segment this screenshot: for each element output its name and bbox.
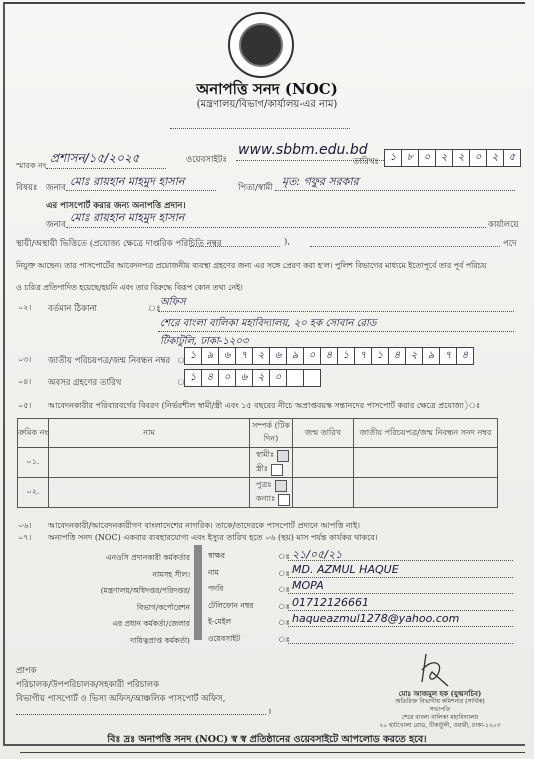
website-top-dots — [170, 128, 350, 129]
officer-field-value: MOPA — [292, 579, 324, 592]
memo-value: প্রশাসন/১৫/২০২৫ — [50, 150, 139, 170]
signature-scribble-icon — [414, 652, 454, 688]
date-boxes: ১৮০২২০২৫ — [384, 149, 520, 167]
nid-digit-box[interactable]: ৭ — [354, 347, 372, 365]
retirement-digit-box[interactable]: ৪ — [201, 369, 219, 387]
nid-digit-box[interactable]: ৪ — [320, 347, 338, 365]
family-label: আবেদনকারীর পরিবারবর্গের বিবরণ (নির্ভরশীল… — [48, 400, 480, 413]
retirement-digit-box[interactable]: ১ — [184, 369, 202, 387]
nid-digit-box[interactable]: ৪ — [388, 347, 406, 365]
nid-digit-box[interactable]: ১ — [337, 347, 355, 365]
date-digit-box[interactable]: ২ — [452, 149, 470, 167]
husband-checkbox[interactable] — [277, 450, 289, 462]
date-digit-box[interactable]: ০ — [418, 149, 436, 167]
officer-field-row: ওয়েবসাইটঃ — [208, 631, 518, 647]
noc-stamp-strip — [194, 545, 202, 640]
nid-label: জাতীয় পরিচয়পত্র/জন্ম নিবন্ধন নম্বর — [48, 354, 170, 368]
clause-07: অনাপত্তি সনদ (NOC) একবার ব্যবহারযোগ্য এব… — [48, 532, 378, 545]
retirement-digit-box[interactable]: ০ — [218, 369, 236, 387]
family-table: ক্রমিক নং নাম সম্পর্ক (টিক দিন) জন্ম তার… — [17, 418, 498, 508]
officer-field-value: haqueazmul1278@yahoo.com — [292, 612, 459, 625]
date-digit-box[interactable]: ১ — [384, 149, 402, 167]
recipient-line3: বিভাগীয় পাসপোর্ট ও ভিসা অফিস/আঞ্চলিক পা… — [16, 692, 225, 706]
address-line1: অফিস — [160, 295, 185, 312]
memo-label: স্মারক নং — [16, 160, 46, 173]
nid-digit-box[interactable]: ০ — [303, 347, 321, 365]
date-digit-box[interactable]: ০ — [469, 149, 487, 167]
nid-digit-box[interactable]: ৭ — [439, 347, 457, 365]
son-checkbox[interactable] — [275, 480, 287, 492]
retirement-digit-box[interactable]: ৬ — [235, 369, 253, 387]
wife-checkbox[interactable] — [271, 464, 283, 476]
table-row: ০১. স্বামীঃ স্ত্রীঃ — [18, 448, 498, 478]
recipient-title: প্রাপক — [16, 664, 37, 678]
daughter-checkbox[interactable] — [278, 494, 290, 506]
officer-field-value: 01712126661 — [292, 596, 369, 609]
nid-digit-box[interactable]: ৯ — [422, 347, 440, 365]
retirement-digit-box[interactable] — [303, 369, 321, 387]
nid-digit-box[interactable]: ১ — [371, 347, 389, 365]
nid-digit-box[interactable]: ২ — [252, 347, 270, 365]
retirement-digit-box[interactable] — [286, 369, 304, 387]
date-digit-box[interactable]: ৮ — [401, 149, 419, 167]
address-label: বর্তমান ঠিকানা — [48, 302, 97, 316]
recipient-line2: পরিচালক/উপপরিচালক/সহকারী পরিচালক — [16, 678, 159, 692]
retirement-digit-box[interactable]: ০ — [269, 369, 287, 387]
retirement-boxes: ১৪০৬২০ — [184, 369, 320, 387]
officer-description: এনওসি প্রদানকারী কর্মকর্তারনামসহ সীল।(মন… — [100, 550, 190, 649]
nid-digit-box[interactable]: ৯ — [201, 347, 219, 365]
document-subtitle: (মন্ত্রণালয়/বিভাগ/কার্যালয়-এর নাম) — [0, 97, 534, 114]
website-value: www.sbbm.edu.bd — [238, 142, 368, 158]
retirement-digit-box[interactable]: ২ — [252, 369, 270, 387]
noc-document: অনাপত্তি সনদ (NOC) (মন্ত্রণালয়/বিভাগ/কা… — [0, 0, 534, 759]
date-digit-box[interactable]: ৫ — [503, 149, 521, 167]
footer-note: বিঃ দ্রঃ অনাপত্তি সনদ (NOC) স্ব স্ব প্রত… — [0, 733, 534, 748]
signature-stamp: মোঃ আজমুল হক (যুগ্মসচিব)অতিরিক্ত বিভাগীয… — [370, 690, 510, 730]
officer-field-row: নামঃMD. AZMUL HAQUE — [208, 565, 518, 581]
officer-field-row: ই-মেইলঃhaqueazmul1278@yahoo.com — [208, 614, 518, 630]
nid-digit-box[interactable]: ৯ — [286, 347, 304, 365]
date-label: তারিখঃ — [353, 155, 379, 169]
nid-digit-box[interactable]: ৬ — [218, 347, 236, 365]
nid-digit-box[interactable]: ৪ — [456, 347, 474, 365]
government-seal-icon — [228, 12, 294, 78]
nid-digit-box[interactable]: ১ — [184, 347, 202, 365]
retirement-label: অবসর গ্রহণের তারিখ — [48, 376, 121, 390]
nid-digit-box[interactable]: ৭ — [235, 347, 253, 365]
date-digit-box[interactable]: ২ — [435, 149, 453, 167]
nid-digit-box[interactable]: ৬ — [269, 347, 287, 365]
subject-label: বিষয়ঃ — [16, 181, 37, 195]
date-digit-box[interactable]: ২ — [486, 149, 504, 167]
website-label: ওয়েবসাইটঃ — [186, 153, 227, 167]
table-header: ক্রমিক নং নাম সম্পর্ক (টিক দিন) জন্ম তার… — [18, 419, 498, 448]
table-row: ০২. পুত্রঃ কন্যাঃ — [18, 478, 498, 508]
officer-field-value: MD. AZMUL HAQUE — [292, 563, 399, 576]
nid-boxes: ১৯৬৭২৬৯০৪১৭১৪২৯৭৪ — [184, 347, 473, 365]
body-name: মোঃ রায়হান মাহমুদ হাসান — [70, 209, 184, 228]
nid-digit-box[interactable]: ২ — [405, 347, 423, 365]
